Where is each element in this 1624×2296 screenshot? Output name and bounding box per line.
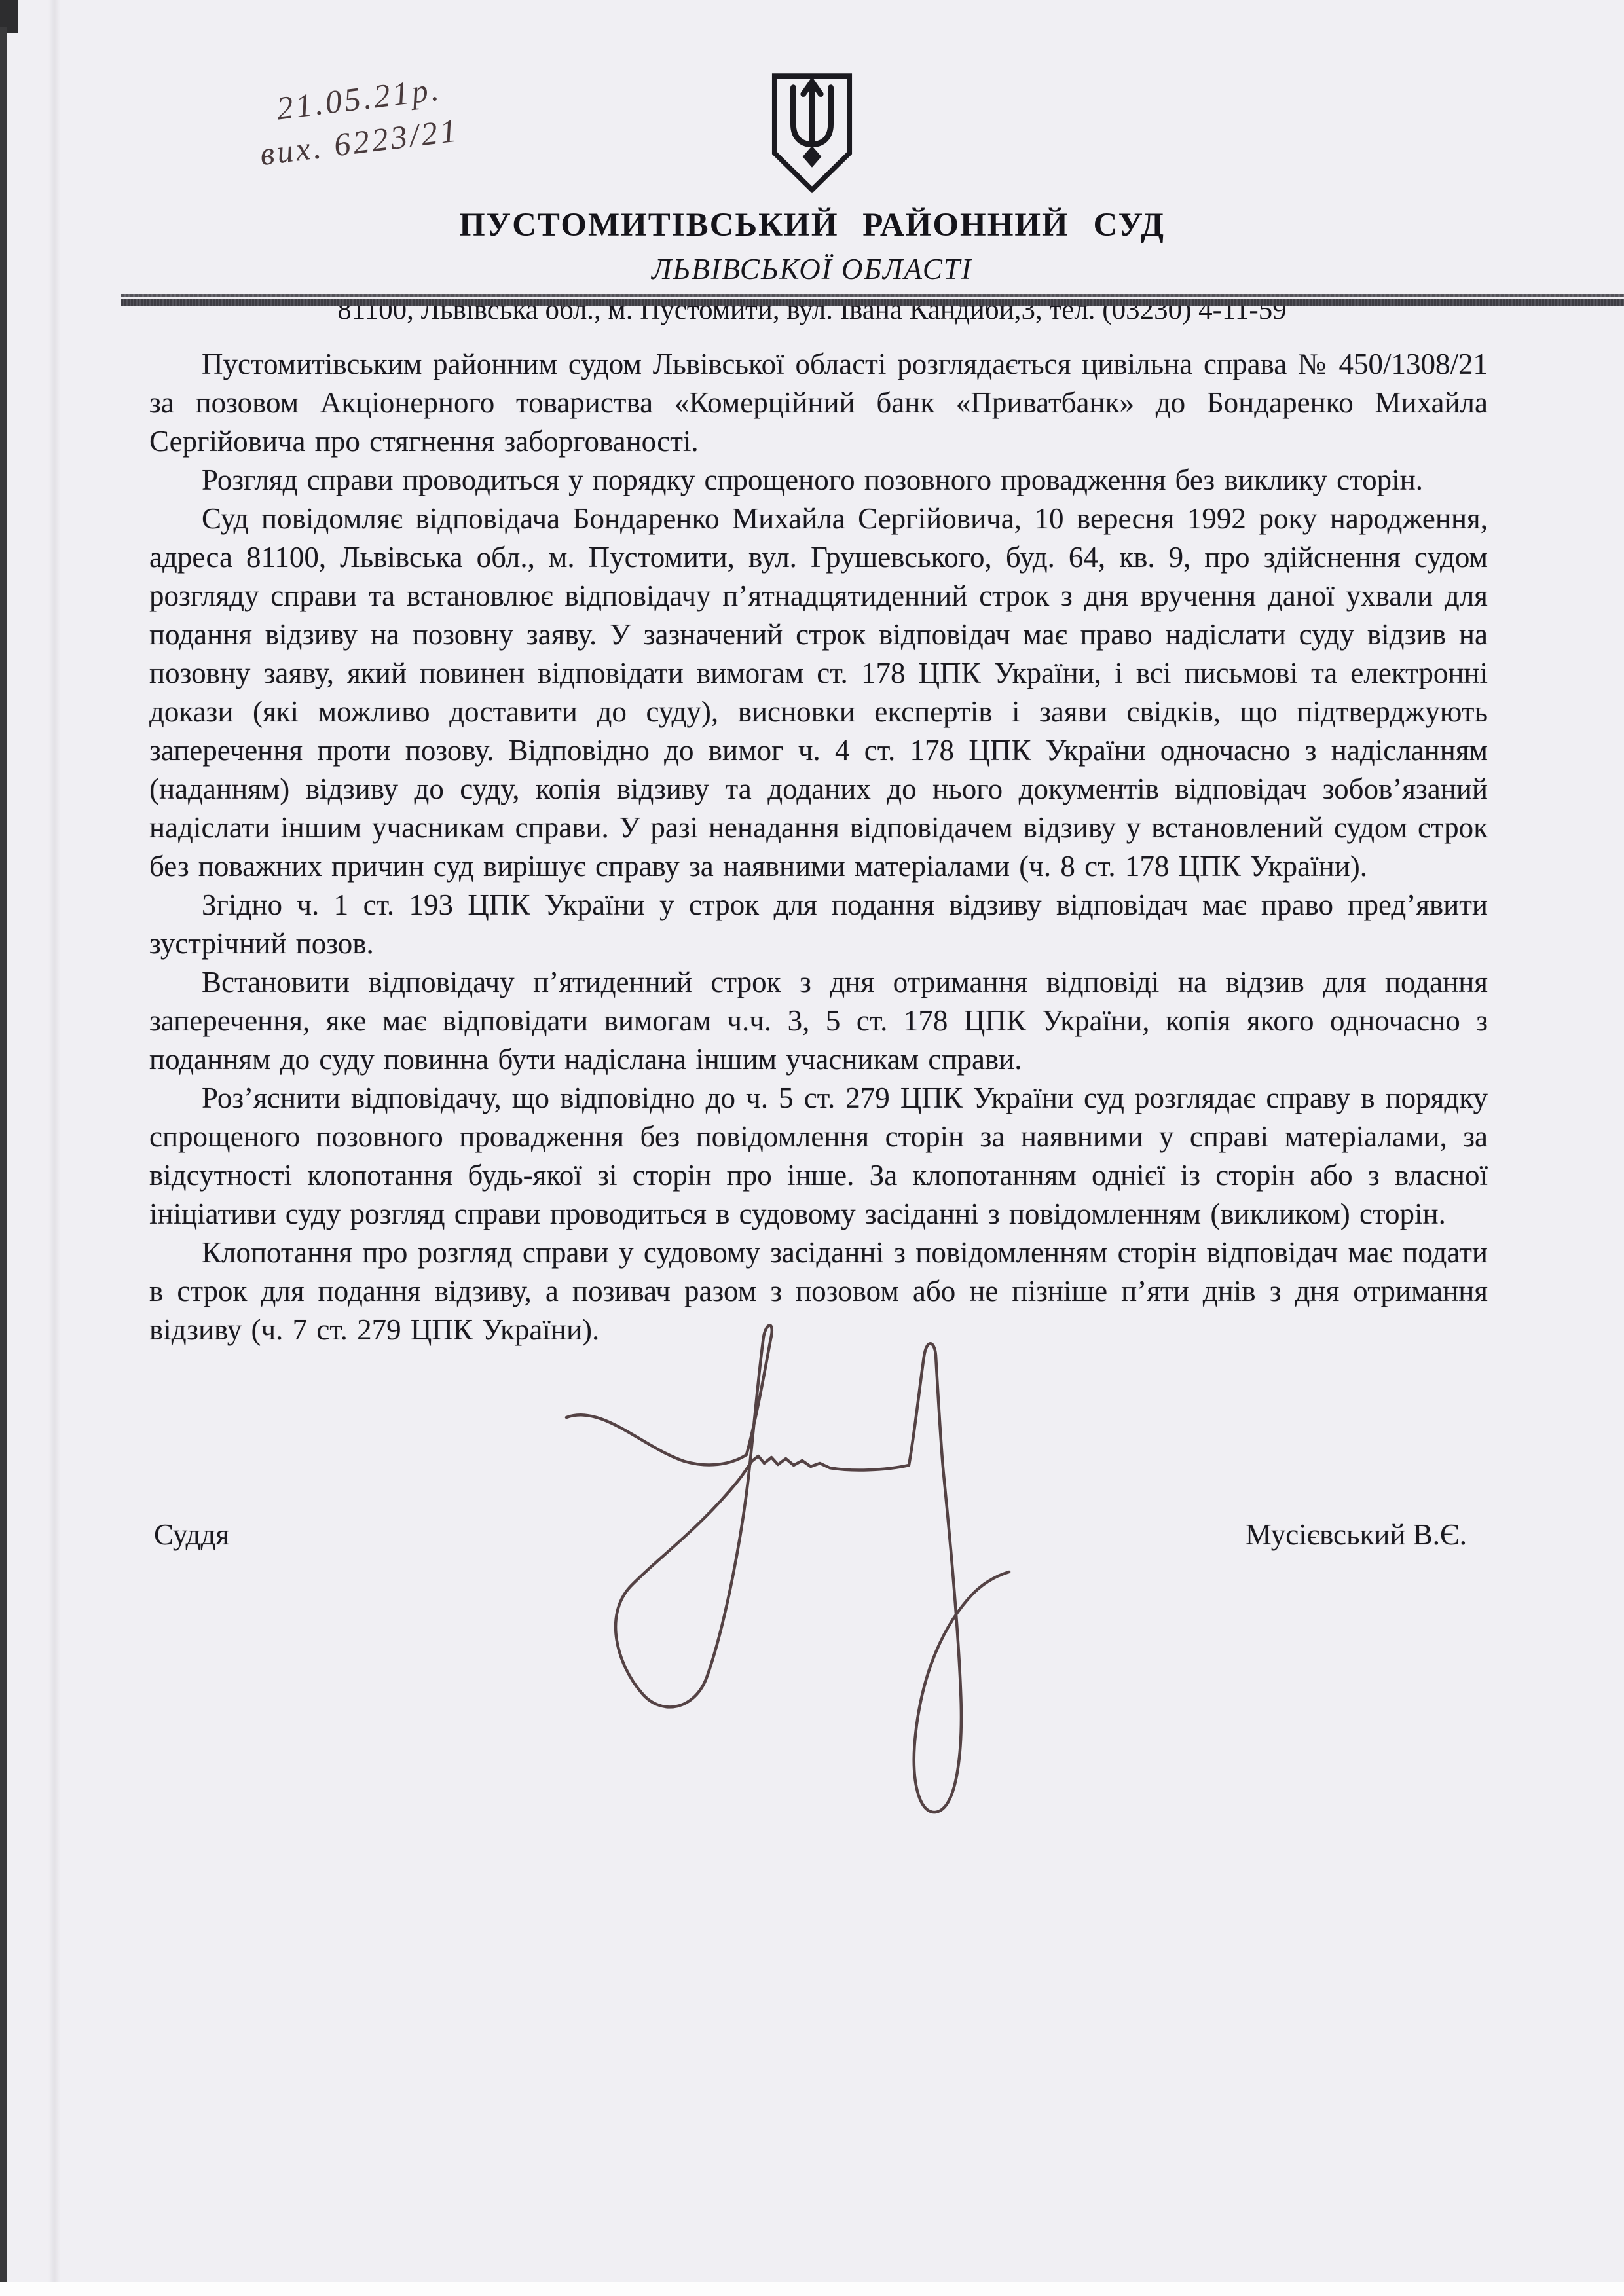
scan-edge-strip <box>0 27 7 2283</box>
paragraph-procedure: Розгляд справи проводиться у порядку спр… <box>149 461 1488 500</box>
court-region: ЛЬВІВСЬКОЇ ОБЛАСТІ <box>0 252 1624 286</box>
scan-bottom-margin <box>0 2282 1624 2296</box>
letterhead: ПУСТОМИТІВСЬКИЙ РАЙОННИЙ СУД ЛЬВІВСЬКОЇ … <box>0 0 1624 326</box>
paragraph-case-intro: Пустомитівським районним судом Львівсько… <box>149 345 1488 461</box>
letterhead-separator <box>121 294 1624 306</box>
ukraine-trident-emblem-icon <box>769 72 855 197</box>
scanned-court-document-page: 21.05.21р. вих. 6223/21 ПУСТОМИТІВСЬКИЙ … <box>0 0 1624 2296</box>
document-body: Пустомитівським районним судом Львівсько… <box>149 345 1488 1349</box>
judge-role-label: Суддя <box>154 1518 229 1552</box>
paragraph-counterclaim: Згідно ч. 1 ст. 193 ЦПК України у строк … <box>149 886 1488 963</box>
court-name: ПУСТОМИТІВСЬКИЙ РАЙОННИЙ СУД <box>0 206 1624 244</box>
judge-signature-drawing <box>550 1316 1126 1846</box>
paragraph-clarification: Роз’яснити відповідачу, що відповідно до… <box>149 1079 1488 1233</box>
paragraph-notification: Суд повідомляє відповідача Бондаренко Ми… <box>149 500 1488 886</box>
judge-name: Мусієвський В.Є. <box>1246 1518 1467 1552</box>
paper-crease-shadow <box>48 0 60 2282</box>
paragraph-objection-term: Встановити відповідачу п’ятиденний строк… <box>149 963 1488 1079</box>
